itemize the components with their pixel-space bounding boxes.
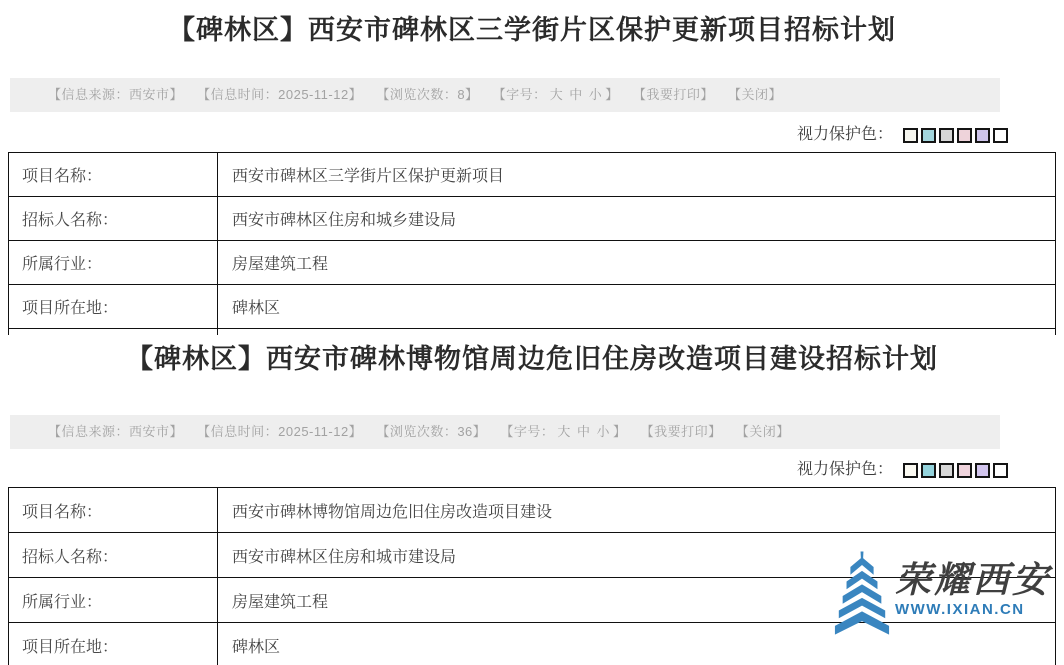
protect-color-swatch[interactable] [921,128,936,143]
font-size-medium-link[interactable]: 中 [569,78,583,112]
announcement-title: 【碑林区】西安市碑林区三学街片区保护更新项目招标计划 [0,14,1064,47]
protect-color-swatch[interactable] [993,463,1008,478]
protect-color-swatch[interactable] [957,128,972,143]
protect-color-swatch[interactable] [939,463,954,478]
info-views: 【浏览次数：36】 [376,424,486,439]
row-value: 房屋建筑工程 [218,241,1055,284]
table-row: 招标人名称： 西安市碑林区住房和城乡建设局 [9,197,1055,241]
row-label: 项目名称： [9,153,218,196]
row-label: 项目所在地： [9,285,218,328]
font-size-small-link[interactable]: 小 [589,78,603,112]
page: 【碑林区】西安市碑林区三学街片区保护更新项目招标计划 【信息来源：西安市】 【信… [0,0,1064,665]
table-row: 招标人名称： 西安市碑林区住房和城市建设局 [9,533,1055,578]
close-link[interactable]: 【关闭】 [736,424,790,439]
protect-color-swatch[interactable] [993,128,1008,143]
font-size-small-link[interactable]: 小 [596,415,610,449]
font-size-suffix: 】 [613,424,627,439]
row-label [9,329,218,335]
protect-color-swatch[interactable] [975,463,990,478]
protect-color-swatch[interactable] [921,463,936,478]
info-source: 【信息来源：西安市】 [48,87,183,102]
table-row: 所属行业： 房屋建筑工程 [9,578,1055,623]
font-size-group: 【字号：大中小】 [500,424,626,439]
table-row: 项目名称： 西安市碑林区三学街片区保护更新项目 [9,153,1055,197]
font-size-suffix: 】 [605,87,619,102]
table-row: 项目名称： 西安市碑林博物馆周边危旧住房改造项目建设 [9,488,1055,533]
vision-protect-row: 视力保护色： [0,125,1064,145]
row-label: 项目所在地： [9,623,218,665]
row-label: 所属行业： [9,578,218,622]
vision-protect-row: 视力保护色： [0,460,1064,480]
row-value: 西安市碑林区住房和城乡建设局 [218,197,1055,240]
close-link[interactable]: 【关闭】 [728,87,782,102]
info-bar: 【信息来源：西安市】 【信息时间：2025-11-12】 【浏览次数：36】 【… [10,415,1000,449]
row-value: 碑林区 [218,285,1055,328]
font-size-large-link[interactable]: 大 [550,78,564,112]
info-bar: 【信息来源：西安市】 【信息时间：2025-11-12】 【浏览次数：8】 【字… [10,78,1000,112]
info-source: 【信息来源：西安市】 [48,424,183,439]
protect-color-swatch[interactable] [975,128,990,143]
row-value: 房屋建筑工程 [218,578,1055,622]
table-row: 项目所在地： 碑林区 [9,623,1055,665]
table-row: 所属行业： 房屋建筑工程 [9,241,1055,285]
project-table: 项目名称： 西安市碑林博物馆周边危旧住房改造项目建设 招标人名称： 西安市碑林区… [8,487,1056,665]
info-time: 【信息时间：2025-11-12】 [197,424,362,439]
vision-protect-label: 视力保护色： [797,460,893,480]
announcement-title: 【碑林区】西安市碑林博物馆周边危旧住房改造项目建设招标计划 [0,343,1064,376]
vision-protect-label: 视力保护色： [797,125,893,145]
row-label: 项目名称： [9,488,218,532]
font-size-prefix: 【字号： [493,87,547,102]
table-row: 项目所在地： 碑林区 [9,285,1055,329]
row-value [218,329,1055,335]
row-value: 西安市碑林区三学街片区保护更新项目 [218,153,1055,196]
font-size-group: 【字号：大中小】 [493,87,619,102]
info-time: 【信息时间：2025-11-12】 [197,87,362,102]
row-value: 碑林区 [218,623,1055,665]
row-label: 招标人名称： [9,533,218,577]
row-value: 西安市碑林区住房和城市建设局 [218,533,1055,577]
project-table: 项目名称： 西安市碑林区三学街片区保护更新项目 招标人名称： 西安市碑林区住房和… [8,152,1056,335]
row-label: 所属行业： [9,241,218,284]
font-size-large-link[interactable]: 大 [557,415,571,449]
project-table-clip: 项目名称： 西安市碑林博物馆周边危旧住房改造项目建设 招标人名称： 西安市碑林区… [8,487,1056,665]
row-label: 招标人名称： [9,197,218,240]
print-link[interactable]: 【我要打印】 [641,424,722,439]
print-link[interactable]: 【我要打印】 [633,87,714,102]
row-value: 西安市碑林博物馆周边危旧住房改造项目建设 [218,488,1055,532]
protect-color-swatch[interactable] [939,128,954,143]
table-row-clipped [9,329,1055,335]
protect-color-swatch[interactable] [957,463,972,478]
protect-color-swatch[interactable] [903,128,918,143]
font-size-prefix: 【字号： [500,424,554,439]
project-table-clip: 项目名称： 西安市碑林区三学街片区保护更新项目 招标人名称： 西安市碑林区住房和… [8,152,1056,335]
info-views: 【浏览次数：8】 [376,87,478,102]
protect-color-swatch[interactable] [903,463,918,478]
font-size-medium-link[interactable]: 中 [577,415,591,449]
